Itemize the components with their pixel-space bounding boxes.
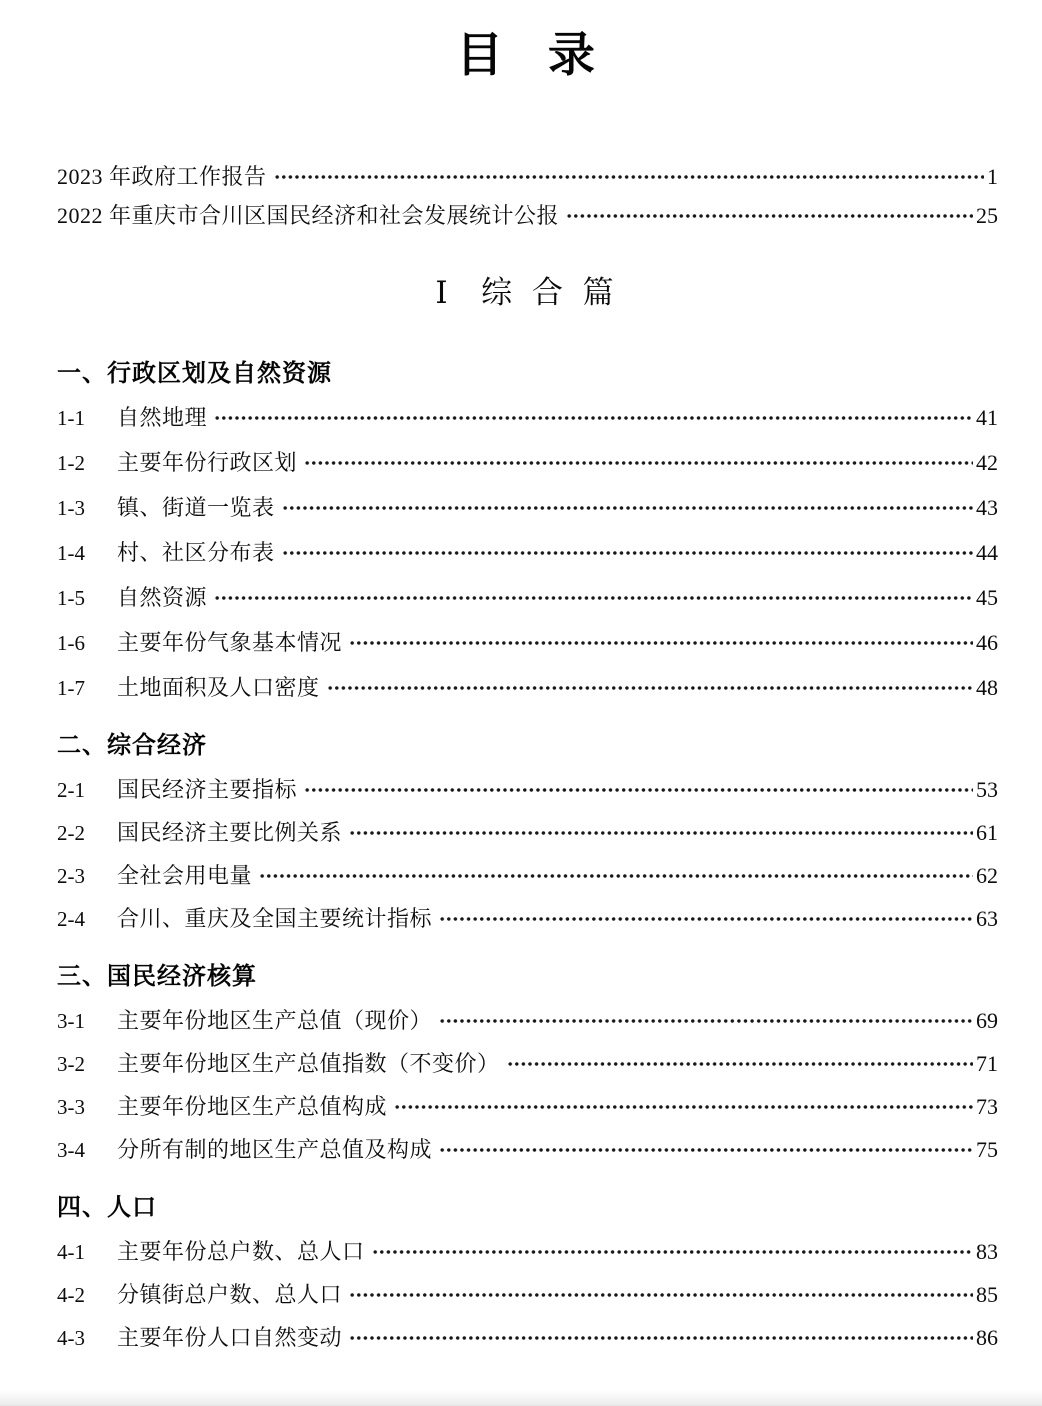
toc-entry: 1-2 主要年份行政区划 42 [57, 448, 998, 478]
toc-entry: 3-2 主要年份地区生产总值指数（不变价） 71 [57, 1049, 998, 1079]
entry-number: 3-3 [57, 1092, 117, 1122]
toc-entry: 4-1 主要年份总户数、总人口 83 [57, 1237, 998, 1267]
entry-label: 主要年份人口自然变动 [117, 1323, 342, 1353]
entry-number: 1-6 [57, 628, 117, 658]
page-title: 目 录 [57, 28, 998, 84]
entry-number: 1-7 [57, 673, 117, 703]
entry-label: 主要年份总户数、总人口 [117, 1237, 365, 1267]
section-administrative: 一、行政区划及自然资源 1-1 自然地理 41 1-2 主要年份行政区划 42 … [57, 358, 998, 703]
toc-entry: 4-2 分镇街总户数、总人口 85 [57, 1280, 998, 1310]
entry-page: 43 [976, 493, 998, 523]
entry-label: 主要年份地区生产总值指数（不变价） [117, 1049, 500, 1079]
dot-leader [304, 448, 973, 478]
entry-label: 主要年份地区生产总值构成 [117, 1092, 387, 1122]
dot-leader [349, 1323, 973, 1353]
entry-label: 2022 年重庆市合川区国民经济和社会发展统计公报 [57, 201, 559, 231]
entry-number: 1-5 [57, 583, 117, 613]
entry-page: 73 [976, 1092, 998, 1122]
section-national-accounts: 三、国民经济核算 3-1 主要年份地区生产总值（现价） 69 3-2 主要年份地… [57, 961, 998, 1165]
dot-leader [439, 904, 973, 934]
entry-page: 63 [976, 904, 998, 934]
dot-leader [304, 775, 973, 805]
dot-leader [327, 673, 973, 703]
dot-leader [439, 1006, 973, 1036]
entry-label: 村、社区分布表 [117, 538, 275, 568]
entry-page: 48 [976, 673, 998, 703]
entry-label: 全社会用电量 [117, 861, 252, 891]
dot-leader [274, 162, 984, 192]
entry-page: 69 [976, 1006, 998, 1036]
toc-entry: 4-3 主要年份人口自然变动 86 [57, 1323, 998, 1353]
dot-leader [349, 1280, 973, 1310]
toc-entry: 3-4 分所有制的地区生产总值及构成 75 [57, 1135, 998, 1165]
entry-number: 2-3 [57, 861, 117, 891]
dot-leader [282, 493, 973, 523]
dot-leader [349, 628, 973, 658]
entry-label: 分所有制的地区生产总值及构成 [117, 1135, 432, 1165]
entry-page: 45 [976, 583, 998, 613]
entry-page: 53 [976, 775, 998, 805]
front-matter-list: 2023 年政府工作报告 1 2022 年重庆市合川区国民经济和社会发展统计公报… [57, 162, 998, 231]
entry-label: 合川、重庆及全国主要统计指标 [117, 904, 432, 934]
entry-page: 71 [976, 1049, 998, 1079]
entry-number: 4-1 [57, 1237, 117, 1267]
entry-label: 2023 年政府工作报告 [57, 162, 267, 192]
entry-number: 3-4 [57, 1135, 117, 1165]
entry-number: 3-2 [57, 1049, 117, 1079]
entry-number: 3-1 [57, 1006, 117, 1036]
toc-entry: 1-4 村、社区分布表 44 [57, 538, 998, 568]
section-population: 四、人口 4-1 主要年份总户数、总人口 83 4-2 分镇街总户数、总人口 8… [57, 1192, 998, 1353]
entry-number: 1-1 [57, 403, 117, 433]
toc-entry: 2-4 合川、重庆及全国主要统计指标 63 [57, 904, 998, 934]
entry-label: 国民经济主要指标 [117, 775, 297, 805]
part-heading: Ⅰ 综 合 篇 [57, 271, 998, 314]
toc-page: 目 录 2023 年政府工作报告 1 2022 年重庆市合川区国民经济和社会发展… [0, 28, 1042, 1353]
entry-page: 75 [976, 1135, 998, 1165]
dot-leader [282, 538, 973, 568]
entry-label: 分镇街总户数、总人口 [117, 1280, 342, 1310]
entry-page: 86 [976, 1323, 998, 1353]
entry-label: 土地面积及人口密度 [117, 673, 320, 703]
entry-number: 1-4 [57, 538, 117, 568]
entry-page: 42 [976, 448, 998, 478]
dot-leader [439, 1135, 973, 1165]
toc-entry: 1-6 主要年份气象基本情况 46 [57, 628, 998, 658]
entry-label: 自然地理 [117, 403, 207, 433]
entry-label: 国民经济主要比例关系 [117, 818, 342, 848]
toc-entry: 2-1 国民经济主要指标 53 [57, 775, 998, 805]
entry-page: 41 [976, 403, 998, 433]
dot-leader [394, 1092, 973, 1122]
entry-number: 1-3 [57, 493, 117, 523]
page-edge-shadow [0, 1390, 1042, 1406]
dot-leader [214, 583, 973, 613]
toc-entry: 1-1 自然地理 41 [57, 403, 998, 433]
section-heading: 三、国民经济核算 [57, 961, 998, 991]
dot-leader [566, 201, 973, 231]
entry-number: 2-2 [57, 818, 117, 848]
toc-entry: 3-3 主要年份地区生产总值构成 73 [57, 1092, 998, 1122]
section-heading: 一、行政区划及自然资源 [57, 358, 998, 388]
entry-number: 2-1 [57, 775, 117, 805]
entry-label: 主要年份地区生产总值（现价） [117, 1006, 432, 1036]
dot-leader [214, 403, 973, 433]
entry-page: 62 [976, 861, 998, 891]
toc-entry: 1-5 自然资源 45 [57, 583, 998, 613]
entry-number: 4-2 [57, 1280, 117, 1310]
toc-entry: 1-3 镇、街道一览表 43 [57, 493, 998, 523]
toc-entry: 2-3 全社会用电量 62 [57, 861, 998, 891]
entry-label: 主要年份气象基本情况 [117, 628, 342, 658]
toc-entry: 1-7 土地面积及人口密度 48 [57, 673, 998, 703]
entry-label: 镇、街道一览表 [117, 493, 275, 523]
entry-number: 2-4 [57, 904, 117, 934]
dot-leader [372, 1237, 973, 1267]
dot-leader [259, 861, 973, 891]
section-heading: 四、人口 [57, 1192, 998, 1222]
toc-entry: 2023 年政府工作报告 1 [57, 162, 998, 192]
dot-leader [349, 818, 973, 848]
dot-leader [507, 1049, 973, 1079]
toc-entry: 2-2 国民经济主要比例关系 61 [57, 818, 998, 848]
entry-page: 85 [976, 1280, 998, 1310]
entry-page: 44 [976, 538, 998, 568]
entry-page: 83 [976, 1237, 998, 1267]
entry-page: 25 [976, 201, 998, 231]
entry-number: 1-2 [57, 448, 117, 478]
toc-entry: 2022 年重庆市合川区国民经济和社会发展统计公报 25 [57, 201, 998, 231]
section-heading: 二、综合经济 [57, 730, 998, 760]
entry-number: 4-3 [57, 1323, 117, 1353]
entry-page: 61 [976, 818, 998, 848]
entry-page: 1 [987, 162, 998, 192]
toc-entry: 3-1 主要年份地区生产总值（现价） 69 [57, 1006, 998, 1036]
entry-page: 46 [976, 628, 998, 658]
entry-label: 自然资源 [117, 583, 207, 613]
section-economy: 二、综合经济 2-1 国民经济主要指标 53 2-2 国民经济主要比例关系 61… [57, 730, 998, 934]
entry-label: 主要年份行政区划 [117, 448, 297, 478]
